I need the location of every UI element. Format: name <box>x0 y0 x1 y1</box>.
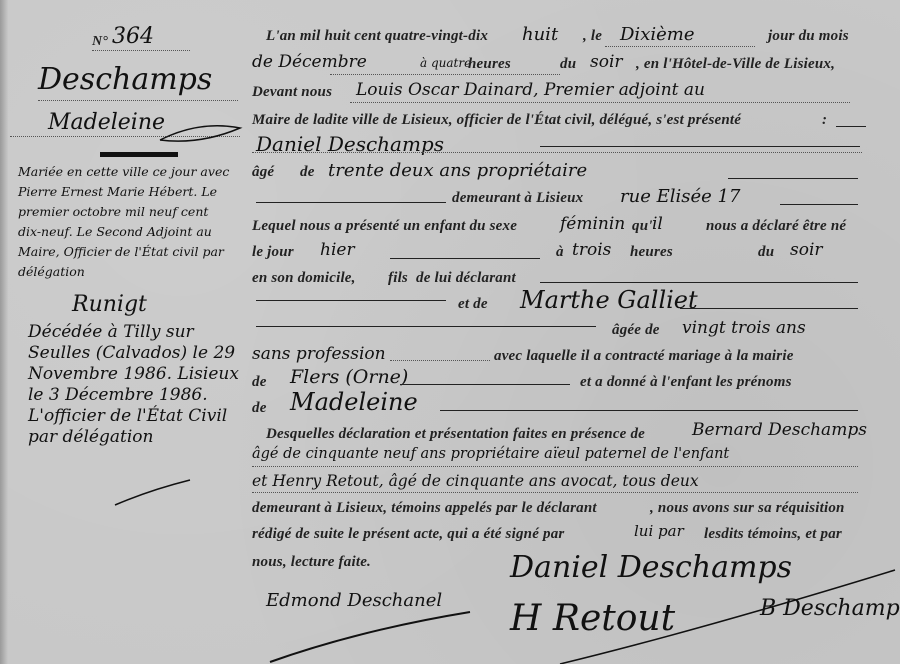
signature-flourishes <box>0 0 900 664</box>
birth-record-page: N° 364 Deschamps Madeleine Mariée en cet… <box>0 0 900 664</box>
